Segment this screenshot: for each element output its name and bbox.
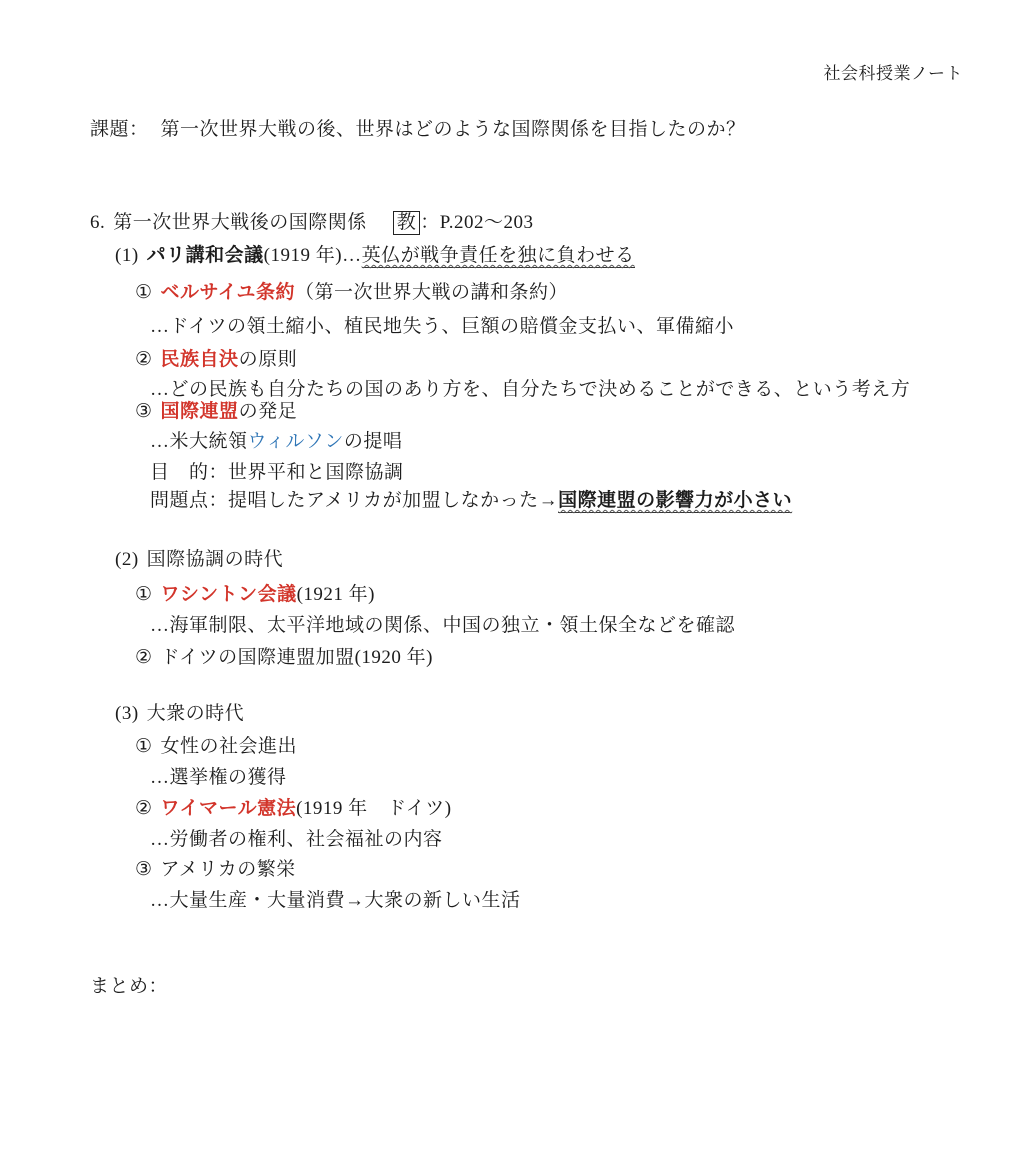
section-title: 第一次世界大戦後の国際関係 xyxy=(113,212,367,233)
item-marker: ③ xyxy=(135,400,153,424)
point-1-1-detail: …ドイツの領土縮小、植民地失う、巨額の賠償金支払い、軍備縮小 xyxy=(150,315,734,339)
keyword-versailles: ベルサイユ条約 xyxy=(161,282,295,303)
item-marker: ② xyxy=(135,348,153,372)
keyword-self-determination: 民族自決 xyxy=(161,349,239,370)
point-1-3-problem: 問題点：提唱したアメリカが加盟しなかった→国際連盟の影響力が小さい xyxy=(150,489,792,513)
point-1-2: ②民族自決の原則 xyxy=(135,348,297,372)
point-3-3: ③アメリカの繁栄 xyxy=(135,858,296,882)
point-after: (1921 年) xyxy=(297,584,375,605)
subsection-1-heading: (1)パリ講和会議(1919 年)…英仏が戦争責任を独に負わせる xyxy=(115,244,635,268)
subsection-2-heading: (2)国際協調の時代 xyxy=(115,548,283,572)
summary-label: まとめ： xyxy=(90,975,168,999)
header-note: 社会科授業ノート xyxy=(824,62,964,86)
textbook-ref: ：P.202〜203 xyxy=(420,212,533,233)
item-marker: ① xyxy=(135,583,153,607)
point-1-1: ①ベルサイユ条約（第一次世界大戦の講和条約） xyxy=(135,281,568,305)
point-3-1-detail: …選挙権の獲得 xyxy=(150,766,287,790)
note-page: 社会科授業ノート 課題：第一次世界大戦の後、世界はどのような国際関係を目指したの… xyxy=(0,0,1010,1153)
point-1-3-detail: …米大統領ウィルソンの提唱 xyxy=(150,430,402,454)
point-2-1: ①ワシントン会議(1921 年) xyxy=(135,583,375,607)
problem-prefix: 問題点：提唱したアメリカが加盟しなかった→ xyxy=(150,490,558,511)
subsection-3-num: (3) xyxy=(115,702,139,726)
point-1-3-purpose: 目 的：世界平和と国際協調 xyxy=(150,461,404,485)
subsection-2-title: 国際協調の時代 xyxy=(147,549,284,570)
item-marker: ② xyxy=(135,646,153,670)
keyword-washington-conference: ワシントン会議 xyxy=(161,584,297,605)
point-2-1-detail: …海軍制限、太平洋地域の関係、中国の独立・領土保全などを確認 xyxy=(150,614,735,638)
keyword-league-of-nations: 国際連盟 xyxy=(161,401,239,422)
item-marker: ② xyxy=(135,797,153,821)
detail-suffix: の提唱 xyxy=(344,431,403,452)
point-3-1: ①女性の社会進出 xyxy=(135,735,297,759)
item-marker: ① xyxy=(135,735,153,759)
problem-highlight: 国際連盟の影響力が小さい xyxy=(558,490,792,513)
detail-prefix: …米大統領 xyxy=(150,431,248,452)
subsection-2-num: (2) xyxy=(115,548,139,572)
subsection-3-heading: (3)大衆の時代 xyxy=(115,702,244,726)
task-label: 課題： xyxy=(90,119,149,140)
point-3-3-detail: …大量生産・大量消費→大衆の新しい生活 xyxy=(150,889,521,913)
keyword-weimar-constitution: ワイマール憲法 xyxy=(161,798,297,819)
point-1-2-detail: …どの民族も自分たちの国のあり方を、自分たちで決めることができる、という考え方 xyxy=(150,378,910,402)
task-line: 課題：第一次世界大戦の後、世界はどのような国際関係を目指したのか？ xyxy=(90,118,746,142)
task-question: 第一次世界大戦の後、世界はどのような国際関係を目指したのか？ xyxy=(161,119,746,140)
point-after: の原則 xyxy=(239,349,298,370)
point-text: アメリカの繁栄 xyxy=(161,859,296,880)
point-after: の発足 xyxy=(239,401,298,422)
point-text: 女性の社会進出 xyxy=(161,736,298,757)
subsection-1-num: (1) xyxy=(115,244,139,268)
item-marker: ③ xyxy=(135,858,153,882)
point-1-3: ③国際連盟の発足 xyxy=(135,400,297,424)
point-3-2: ②ワイマール憲法(1919 年 ドイツ) xyxy=(135,797,452,821)
point-after: (1919 年 ドイツ) xyxy=(296,798,451,819)
textbook-icon: 教 xyxy=(393,211,421,235)
section-number: 6. xyxy=(90,211,105,235)
subsection-3-title: 大衆の時代 xyxy=(147,703,245,724)
point-text: ドイツの国際連盟加盟(1920 年) xyxy=(161,647,433,668)
item-marker: ① xyxy=(135,281,153,305)
subsection-1-term: パリ講和会議 xyxy=(147,245,264,266)
section-heading: 6.第一次世界大戦後の国際関係教：P.202〜203 xyxy=(90,211,534,235)
subsection-1-after: (1919 年)… xyxy=(264,245,362,266)
keyword-wilson: ウィルソン xyxy=(248,431,344,452)
point-2-2: ②ドイツの国際連盟加盟(1920 年) xyxy=(135,646,433,670)
point-3-2-detail: …労働者の権利、社会福祉の内容 xyxy=(150,828,443,852)
subsection-1-underlined: 英仏が戦争責任を独に負わせる xyxy=(362,245,635,268)
point-after: （第一次世界大戦の講和条約） xyxy=(295,282,568,303)
